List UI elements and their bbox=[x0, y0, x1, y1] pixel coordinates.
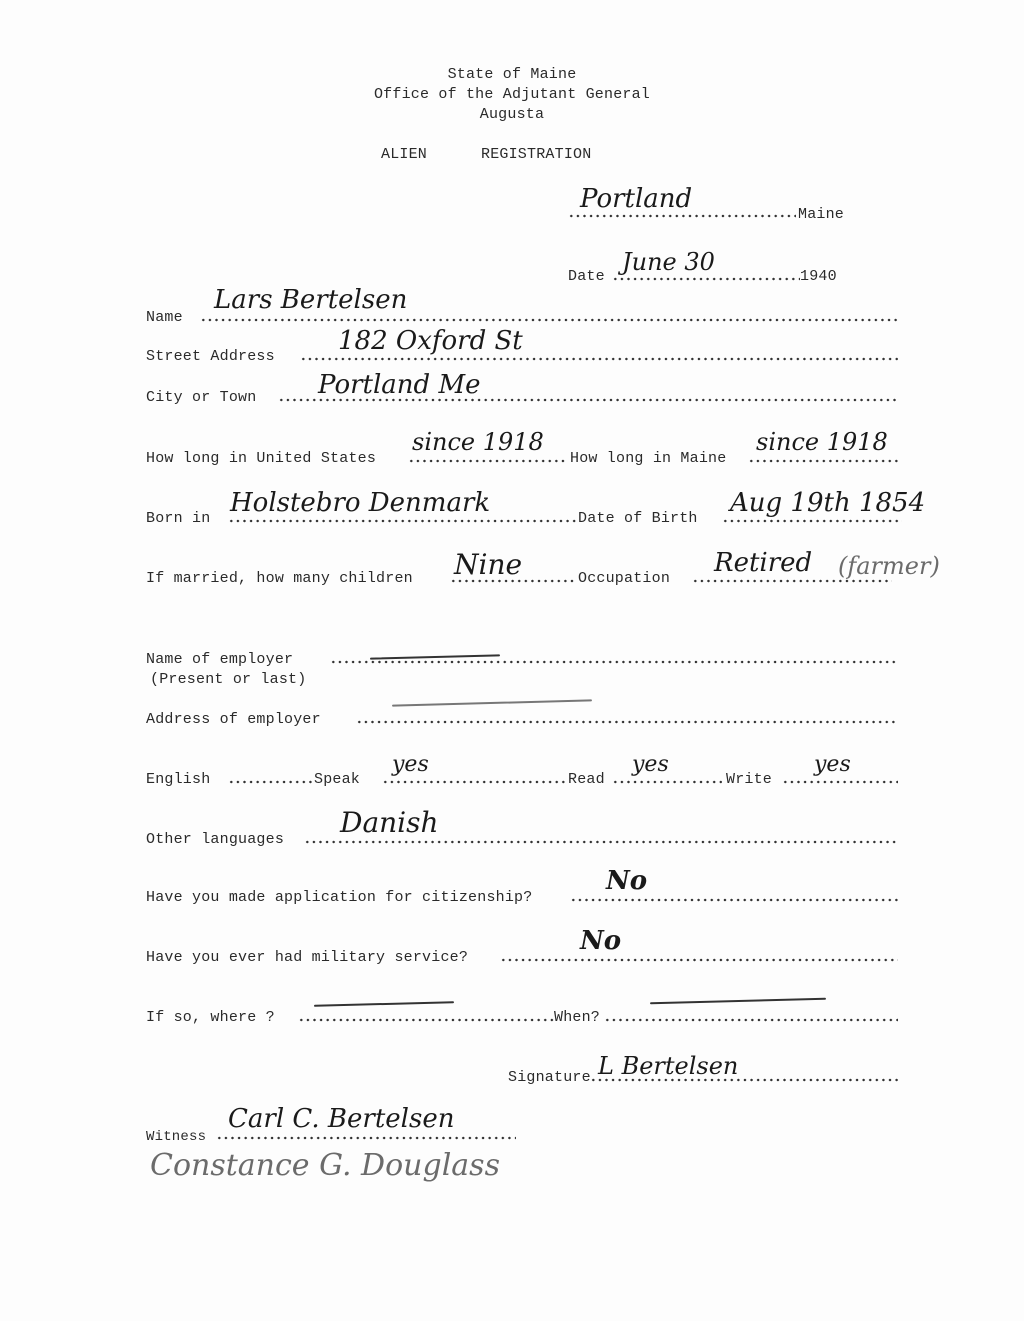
where-dash bbox=[314, 1001, 454, 1007]
where-dots[interactable] bbox=[298, 1018, 554, 1022]
born-in-value[interactable]: Holstebro Denmark bbox=[230, 488, 490, 518]
date-value[interactable]: June 30 bbox=[622, 248, 715, 276]
street-value[interactable]: 182 Oxford St bbox=[338, 326, 523, 356]
children-label: If married, how many children bbox=[146, 570, 413, 587]
citizenship-value[interactable]: No bbox=[606, 866, 647, 896]
born-in-dots bbox=[228, 519, 576, 523]
street-label: Street Address bbox=[146, 348, 275, 365]
read-dots bbox=[612, 780, 722, 784]
write-label: Write bbox=[726, 771, 772, 788]
when-dots[interactable] bbox=[604, 1018, 898, 1022]
location-dots bbox=[568, 214, 796, 218]
location-state-label: Maine bbox=[798, 206, 844, 223]
other-languages-value[interactable]: Danish bbox=[340, 806, 439, 839]
witness-dots bbox=[216, 1136, 516, 1140]
speak-label: Speak bbox=[314, 771, 360, 788]
header-state: State of Maine bbox=[0, 66, 1024, 83]
occupation-note: (farmer) bbox=[838, 552, 940, 580]
street-dots bbox=[300, 357, 898, 361]
witness-label: Witness bbox=[146, 1129, 206, 1145]
english-dots bbox=[228, 780, 312, 784]
born-in-label: Born in bbox=[146, 510, 210, 527]
employer-address-label: Address of employer bbox=[146, 711, 321, 728]
when-label: When? bbox=[554, 1009, 600, 1026]
employer-name-label: Name of employer bbox=[146, 651, 293, 668]
speak-dots bbox=[382, 780, 566, 784]
read-label: Read bbox=[568, 771, 605, 788]
witness-1-value[interactable]: Carl C. Bertelsen bbox=[228, 1104, 454, 1134]
form-title-registration: REGISTRATION bbox=[481, 146, 591, 163]
witness-2-value[interactable]: Constance G. Douglass bbox=[150, 1148, 500, 1183]
write-dots bbox=[782, 780, 898, 784]
name-label: Name bbox=[146, 309, 183, 326]
employer-address-dash bbox=[392, 699, 592, 706]
other-languages-label: Other languages bbox=[146, 831, 284, 848]
city-label: City or Town bbox=[146, 389, 256, 406]
dob-value[interactable]: Aug 19th 1854 bbox=[730, 488, 925, 518]
how-long-us-label: How long in United States bbox=[146, 450, 376, 467]
date-label: Date bbox=[568, 268, 605, 285]
citizenship-label: Have you made application for citizenshi… bbox=[146, 889, 532, 906]
where-label: If so, where ? bbox=[146, 1009, 275, 1026]
dob-label: Date of Birth bbox=[578, 510, 698, 527]
header-city: Augusta bbox=[0, 106, 1024, 123]
write-value[interactable]: yes bbox=[814, 752, 851, 777]
military-label: Have you ever had military service? bbox=[146, 949, 468, 966]
name-value[interactable]: Lars Bertelsen bbox=[214, 285, 407, 315]
occupation-label: Occupation bbox=[578, 570, 670, 587]
citizenship-dots bbox=[570, 898, 898, 902]
signature-value[interactable]: L Bertelsen bbox=[598, 1052, 738, 1080]
how-long-maine-dots bbox=[748, 459, 898, 463]
employer-address-dots[interactable] bbox=[356, 720, 898, 724]
read-value[interactable]: yes bbox=[632, 752, 669, 777]
speak-value[interactable]: yes bbox=[392, 752, 429, 777]
how-long-maine-value[interactable]: since 1918 bbox=[756, 428, 888, 456]
date-year: 1940 bbox=[800, 268, 837, 285]
date-dots bbox=[612, 277, 800, 281]
other-languages-dots bbox=[304, 840, 898, 844]
location-city-value[interactable]: Portland bbox=[580, 184, 692, 214]
city-value[interactable]: Portland Me bbox=[318, 370, 480, 400]
english-label: English bbox=[146, 771, 210, 788]
name-dots bbox=[200, 318, 898, 322]
dob-dots bbox=[722, 519, 902, 523]
employer-name-dash bbox=[370, 654, 500, 659]
how-long-us-dots bbox=[408, 459, 568, 463]
employer-name-dots[interactable] bbox=[330, 660, 898, 664]
when-dash bbox=[650, 998, 826, 1005]
how-long-maine-label: How long in Maine bbox=[570, 450, 726, 467]
header-office: Office of the Adjutant General bbox=[0, 86, 1024, 103]
form-title-alien: ALIEN bbox=[381, 146, 427, 163]
signature-label: Signature bbox=[508, 1069, 591, 1086]
children-value[interactable]: Nine bbox=[454, 548, 522, 581]
employer-name-sublabel: (Present or last) bbox=[150, 671, 306, 688]
military-dots bbox=[500, 958, 898, 962]
military-value[interactable]: No bbox=[580, 926, 621, 956]
occupation-value[interactable]: Retired bbox=[714, 548, 812, 578]
how-long-us-value[interactable]: since 1918 bbox=[412, 428, 544, 456]
